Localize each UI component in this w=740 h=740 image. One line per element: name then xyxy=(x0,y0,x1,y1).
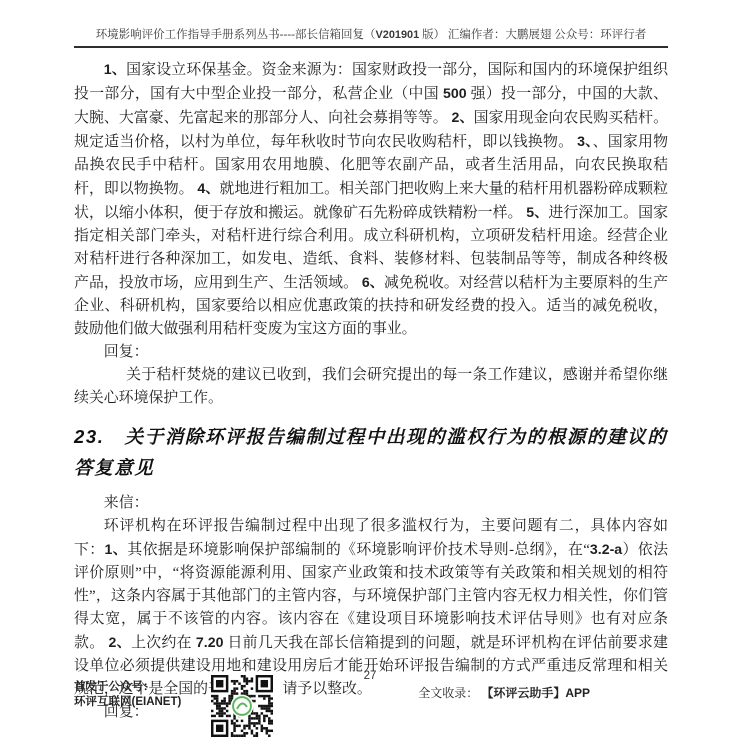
section-heading-23: 23. 关于消除环评报告编制过程中出现的滥权行为的根源的建议的答复意见 xyxy=(74,422,668,484)
footer-publisher-line1: 首发于公众号： xyxy=(74,680,181,695)
footer-collection: 全文收录： 【环评云助手】APP xyxy=(418,675,590,701)
paragraph-suggestions: 1、国家设立环保基金。资金来源为：国家财政投一部分，国际和国内的环境保护组织投一… xyxy=(74,58,668,341)
page-header: 环境影响评价工作指导手册系列丛书----部长信箱回复（V201901 版） 汇编… xyxy=(74,28,668,48)
page-footer: 首发于公众号： 环评互联网(EIANET) 全文收录： 【环评云助手】APP xyxy=(74,675,668,737)
reply-label-1: 回复： xyxy=(74,341,668,364)
document-page: 环境影响评价工作指导手册系列丛书----部长信箱回复（V201901 版） 汇编… xyxy=(0,0,740,740)
letter-label: 来信： xyxy=(74,492,668,515)
footer-collection-app: 【环评云助手】APP xyxy=(481,686,590,700)
footer-publisher-line2: 环评互联网(EIANET) xyxy=(74,695,181,710)
footer-publisher: 首发于公众号： 环评互联网(EIANET) xyxy=(74,675,181,710)
reply-text-1: 关于秸杆焚烧的建议已收到，我们会研究提出的每一条工作建议，感谢并希望你继续关心环… xyxy=(74,364,668,410)
qr-code xyxy=(211,675,273,737)
footer-collection-prefix: 全文收录： xyxy=(418,686,478,700)
